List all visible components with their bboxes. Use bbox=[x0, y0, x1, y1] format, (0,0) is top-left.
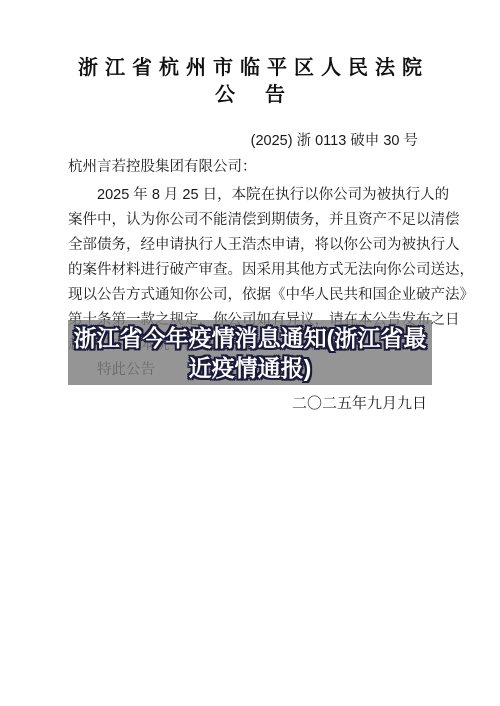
overlay-title-line-2: 近疫情通报) bbox=[189, 353, 312, 383]
overlay-title-line-1: 浙江省今年疫情消息通知(浙江省最 bbox=[74, 323, 427, 353]
case-number: (2025) 浙 0113 破申 30 号 bbox=[68, 131, 432, 151]
court-name-title: 浙江省杭州市临平区人民法院 bbox=[68, 55, 432, 82]
recipient-line: 杭州言若控股集团有限公司： bbox=[68, 155, 432, 179]
body-line: 案件中，认为你公司不能清偿到期债务，并且资产不足以清偿 bbox=[68, 208, 432, 233]
body-line: 2025 年 8 月 25 日，本院在执行以你公司为被执行人的 bbox=[68, 183, 432, 208]
body-line: 现以公告方式通知你公司，依据《中华人民共和国企业破产法》 bbox=[68, 283, 432, 308]
doc-type-title: 公告 bbox=[68, 82, 432, 109]
seo-overlay-banner: 浙江省今年疫情消息通知(浙江省最 近疫情通报) bbox=[68, 320, 432, 385]
body-line: 的案件材料进行破产审查。因采用其他方式无法向你公司送达， bbox=[68, 258, 432, 283]
notice-date: 二〇二五年九月九日 bbox=[68, 391, 432, 416]
court-notice-page: 浙江省杭州市临平区人民法院 公告 (2025) 浙 0113 破申 30 号 杭… bbox=[0, 0, 500, 706]
body-line: 全部债务，经申请执行人王浩杰申请，将以你公司为被执行人 bbox=[68, 233, 432, 258]
